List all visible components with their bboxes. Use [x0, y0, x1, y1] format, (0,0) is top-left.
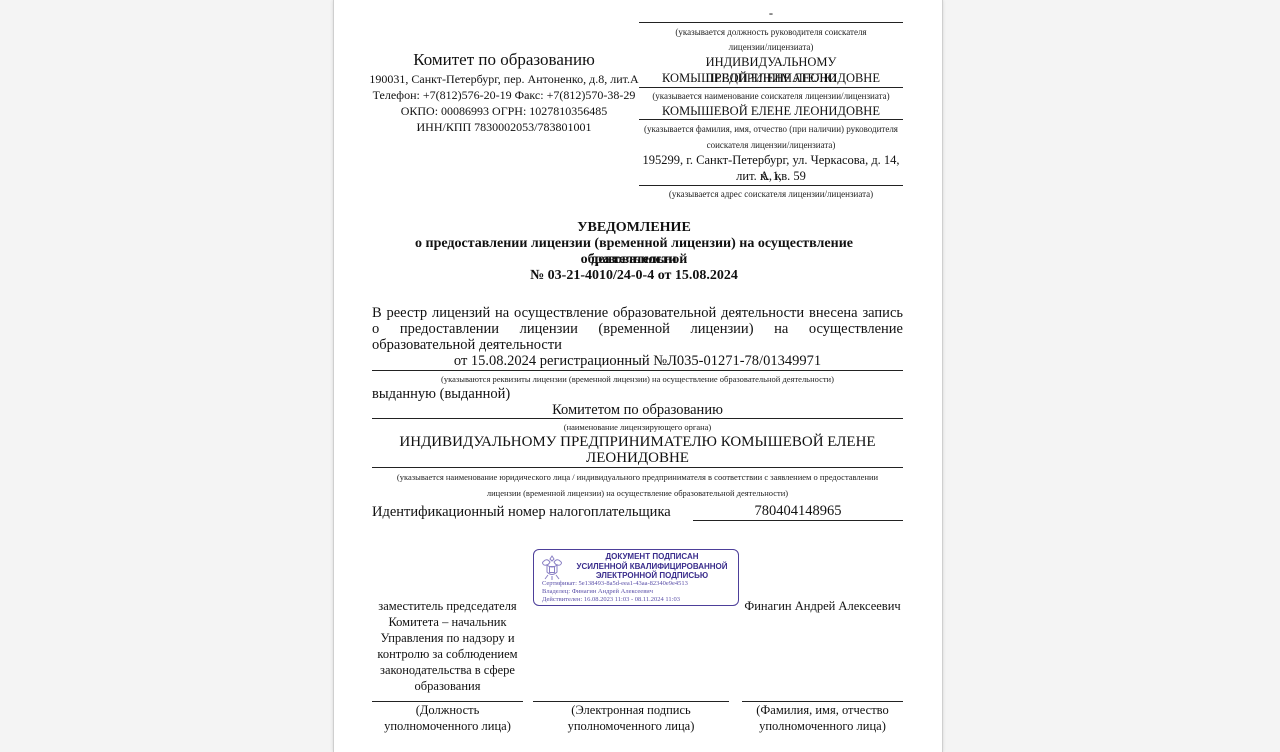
issued-label: выданную (выданной) [372, 386, 510, 403]
stamp-header: ДОКУМЕНТ ПОДПИСАН УСИЛЕННОЙ КВАЛИФИЦИРОВ… [568, 552, 736, 581]
license-details: от 15.08.2024 регистрационный №Л035-0127… [372, 353, 903, 370]
signer-position-line: заместитель председателя [372, 598, 523, 614]
licensee-hint: лицензии (временной лицензии) на осущест… [372, 488, 903, 498]
recipient-position-hint: (указывается должность руководителя соис… [639, 24, 903, 40]
caption-signature: (Электронная подпись уполномоченного лиц… [533, 702, 729, 734]
caption-position: (Должность уполномоченного лица) [372, 702, 523, 734]
licensing-authority-hint: (наименование лицензирующего органа) [372, 422, 903, 432]
divider [693, 520, 903, 521]
recipient-name-hint: (указывается наименование соискателя лиц… [639, 88, 903, 104]
e-signature-stamp: ДОКУМЕНТ ПОДПИСАН УСИЛЕННОЙ КВАЛИФИЦИРОВ… [533, 549, 739, 606]
recipient-address: лит. А, кв. 59 [639, 168, 903, 184]
licensing-authority: Комитетом по образованию [372, 402, 903, 419]
recipient-name: КОМЫШЕВОЙ ЕЛЕНЕ ЛЕОНИДОВНЕ [639, 70, 903, 86]
caption-name: (Фамилия, имя, отчество уполномоченного … [742, 702, 903, 734]
licensee-name: ЛЕОНИДОВНЕ [372, 450, 903, 467]
coat-of-arms-icon [538, 553, 566, 583]
signer-name: Финагин Андрей Алексеевич [742, 598, 903, 614]
recipient-head-name: КОМЫШЕВОЙ ЕЛЕНЕ ЛЕОНИДОВНЕ [639, 103, 903, 119]
stamp-line: УСИЛЕННОЙ КВАЛИФИЦИРОВАННОЙ [568, 562, 736, 572]
stamp-validity: Действителен: 16.08.2023 11:03 - 08.11.2… [542, 596, 680, 604]
stamp-certificate: Сертификат: 5e138493-8a5d-eea1-43aa-8234… [542, 580, 688, 588]
document-heading: УВЕДОМЛЕНИЕ [364, 220, 904, 236]
license-details-hint: (указываются реквизиты лицензии (временн… [372, 374, 903, 384]
issuer-okpo-ogrn: ОКПО: 00086993 ОГРН: 1027810356485 [334, 103, 674, 120]
signer-position-line: контролю за соблюдением [372, 646, 523, 662]
signer-position-line: образования [372, 678, 523, 694]
signer-position-line: Управления по надзору и [372, 630, 523, 646]
recipient-head-hint: соискателя лицензии/лицензиата) [639, 137, 903, 153]
caption-line: (Электронная подпись [533, 702, 729, 718]
inn-label: Идентификационный номер налогоплательщик… [372, 504, 671, 521]
signer-position-line: Комитета – начальник [372, 614, 523, 630]
caption-line: уполномоченного лица) [533, 718, 729, 734]
caption-line: уполномоченного лица) [372, 718, 523, 734]
document-subject: деятельности [364, 252, 904, 268]
stamp-owner: Владелец: Финагин Андрей Алексеевич [542, 588, 653, 596]
issuer-name: Комитет по образованию [334, 50, 674, 70]
signer-position-line: законодательства в сфере [372, 662, 523, 678]
document-page: Комитет по образованию 190031, Санкт-Пет… [333, 0, 943, 752]
divider [639, 119, 903, 120]
licensee-hint: (указывается наименование юридического л… [372, 472, 903, 482]
divider [372, 467, 903, 468]
caption-line: (Должность [372, 702, 523, 718]
issuer-inn-kpp: ИНН/КПП 7830002053/783801001 [334, 119, 674, 136]
document-number: № 03-21-4010/24-0-4 от 15.08.2024 [364, 268, 904, 284]
signer-position: заместитель председателя Комитета – нача… [372, 598, 523, 694]
licensee-name: ИНДИВИДУАЛЬНОМУ ПРЕДПРИНИМАТЕЛЮ КОМЫШЕВО… [372, 434, 903, 451]
registry-intro-text: В реестр лицензий на осуществление образ… [372, 305, 903, 353]
caption-line: (Фамилия, имя, отчество [742, 702, 903, 718]
recipient-position-value: - [639, 5, 903, 21]
divider [372, 418, 903, 419]
issuer-phones: Телефон: +7(812)576-20-19 Факс: +7(812)5… [334, 87, 674, 104]
recipient-position-hint: лицензии/лицензиата) [639, 39, 903, 55]
issuer-address: 190031, Санкт-Петербург, пер. Антоненко,… [334, 71, 674, 88]
recipient-head-hint: (указывается фамилия, имя, отчество (при… [639, 121, 903, 137]
divider [372, 370, 903, 371]
caption-line: уполномоченного лица) [742, 718, 903, 734]
divider [639, 22, 903, 23]
stamp-line: ДОКУМЕНТ ПОДПИСАН [568, 552, 736, 562]
inn-value: 780404148965 [693, 503, 903, 520]
recipient-address-hint: (указывается адрес соискателя лицензии/л… [639, 186, 903, 202]
